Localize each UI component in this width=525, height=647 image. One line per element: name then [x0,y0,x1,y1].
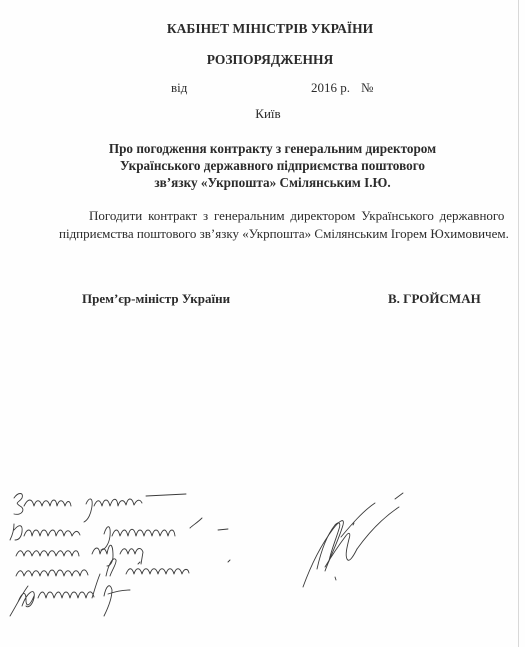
document-type-heading: РОЗПОРЯДЖЕННЯ [0,53,525,67]
subject-line: Про погодження контракту з генеральним д… [0,140,525,157]
number-sign: № [361,81,373,94]
signatory-name: В. ГРОЙСМАН [388,292,481,305]
note-signature [8,572,138,622]
subject-line: зв’язку «Укрпошта» Смілянським І.Ю. [0,174,525,191]
subject-line: Українського державного підприємства пош… [0,157,525,174]
main-signature [295,485,410,595]
issuer-heading: КАБІНЕТ МІНІСТРІВ УКРАЇНИ [0,22,525,36]
date-prefix: від [171,81,187,94]
document-page: КАБІНЕТ МІНІСТРІВ УКРАЇНИ РОЗПОРЯДЖЕННЯ … [0,0,525,647]
subject-block: Про погодження контракту з генеральним д… [0,140,525,191]
signatory-position: Прем’єр-міністр України [82,292,230,305]
body-line: підприємства поштового зв’язку «Укрпошта… [59,227,509,240]
body-line: Погодити контракт з генеральним директор… [89,209,504,222]
scan-edge-line [518,0,519,647]
city: Київ [0,107,525,120]
date-year: 2016 р. [311,81,350,94]
